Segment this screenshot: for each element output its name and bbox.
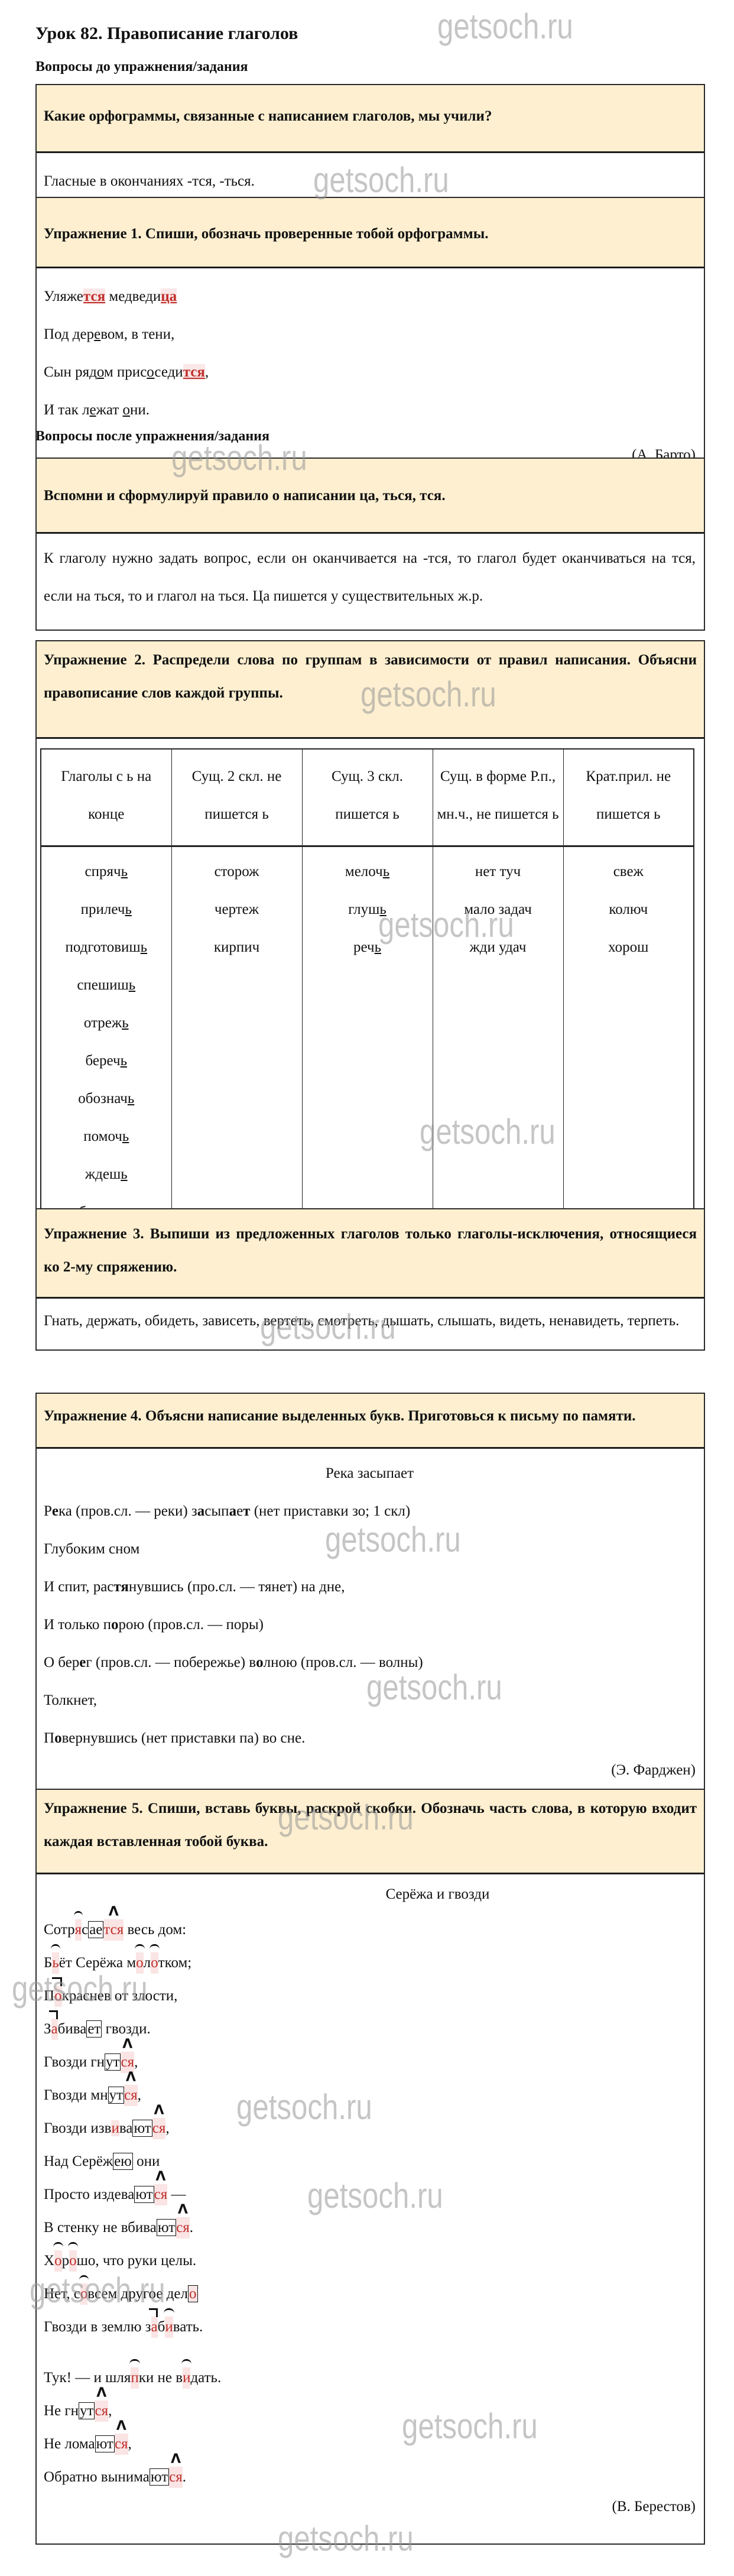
text-segment: , <box>138 2087 141 2103</box>
group-word: глушь <box>305 891 430 929</box>
poem-line: Не ломаются, <box>44 2422 696 2455</box>
text-segment: л <box>144 1955 151 1971</box>
text-segment: О бер <box>44 1654 79 1670</box>
group-word: спешишь <box>44 966 169 1004</box>
marked-letters: ет <box>86 2020 102 2038</box>
marked-letters: п <box>131 2367 138 2389</box>
text-segment: Обратно вынима <box>44 2469 150 2485</box>
group-cell: сторожчертежкирпич <box>171 846 302 1247</box>
group-word: беречь <box>44 1042 169 1080</box>
text-segment: ка (пров.сл. — реки) з <box>59 1503 197 1519</box>
exercise5-stanza-2: Тук! — и шляпки не видать.Не гнутся,Не л… <box>44 2356 696 2488</box>
text-segment: Р <box>44 1503 52 1519</box>
marked-letters: ют <box>95 2435 115 2452</box>
before-answer: Гласные в окончаниях -тся, -ться. <box>44 168 696 194</box>
poem-line: Уляжется медведица <box>44 278 696 316</box>
marked-letters: о <box>54 2250 62 2272</box>
marked-letters: т <box>243 1503 250 1519</box>
poem-line: Просто издеваются — <box>44 2172 696 2205</box>
exercise2-title: Упражнение 2. Распредели слова по группа… <box>37 641 704 739</box>
text-segment: е <box>236 1503 243 1519</box>
column-header: Сущ. 3 скл. пишется ь <box>302 749 433 846</box>
text-segment: ёт Серёжа м <box>59 1955 136 1971</box>
text-segment: П <box>44 1730 54 1746</box>
text-segment: с <box>82 1922 88 1938</box>
text-segment: ва <box>119 2120 133 2136</box>
exercise5-author: (В. Берестов) <box>44 2494 696 2520</box>
group-word: сторож <box>174 853 300 891</box>
marked-letters: ют <box>132 2120 152 2137</box>
marked-letters: о <box>188 2285 198 2302</box>
exercise4-poem: Река (пров.сл. — реки) засыпает (нет при… <box>44 1493 696 1757</box>
text-segment: И только п <box>44 1617 111 1633</box>
poem-line: И только порою (пров.сл. — поры) <box>44 1606 696 1644</box>
text-segment: медведи <box>105 288 161 304</box>
marked-letters: и <box>183 2367 190 2389</box>
poem-line: Под деревом, в тени, <box>44 316 696 353</box>
marked-letters: о <box>69 2250 77 2272</box>
marked-letters: е <box>79 1654 86 1670</box>
poem-line: Толкнет, <box>44 1682 696 1720</box>
marked-letters: я <box>75 1919 82 1941</box>
marked-letters: о <box>151 1952 158 1974</box>
poem-line: Глубоким сном <box>44 1530 696 1568</box>
lesson-title: Урок 82. Правописание глаголов <box>35 24 298 44</box>
text-segment: . <box>190 2220 193 2236</box>
text-segment: всем другое дел <box>87 2286 188 2302</box>
group-word: обозначь <box>44 1080 169 1118</box>
text-segment: дать. <box>190 2370 221 2386</box>
marked-letters: о <box>147 364 154 380</box>
poem-line: В стенку не вбиваются. <box>44 2205 696 2238</box>
exercise3-card: Упражнение 3. Выпиши из предложенных гла… <box>35 1208 705 1351</box>
poem-line: Не гнутся, <box>44 2389 696 2422</box>
text-segment: Нет, с <box>44 2286 80 2302</box>
watermark: getsoch.ru <box>437 6 573 47</box>
marked-letters: ут <box>105 2053 121 2071</box>
column-header: Крат.прил. не пишется ь <box>563 749 694 846</box>
marked-letters: и <box>111 2120 119 2136</box>
marked-letters: о <box>136 1952 144 1974</box>
after-answer: К глаголу нужно задать вопрос, если он о… <box>44 540 696 615</box>
text-segment: м прис <box>104 364 147 380</box>
exercise4-poem-title: Река засыпает <box>44 1455 696 1493</box>
text-segment: весь дом: <box>124 1922 186 1938</box>
text-segment: вом, в тени, <box>100 326 174 342</box>
text-segment: ни. <box>130 402 150 418</box>
poem-line: Нет, совсем другое дело <box>44 2272 696 2305</box>
poem-line: Гвозди извиваются, <box>44 2106 696 2139</box>
poem-line: Сотрясается весь дом: <box>44 1907 696 1941</box>
marked-letters: тя <box>113 1579 128 1595</box>
marked-letters: ся <box>95 2400 108 2422</box>
marked-letters: а <box>197 1503 205 1519</box>
marked-letters: о <box>54 1730 62 1746</box>
before-question-card: Какие орфограммы, связанные с написанием… <box>35 84 705 215</box>
soft-sign-mark: ь <box>379 901 386 917</box>
group-word: помочь <box>44 1118 169 1156</box>
poem-line: Над Серёжею они <box>44 2139 696 2172</box>
soft-sign-mark: ь <box>375 939 381 955</box>
exercise2-card: Упражнение 2. Распредели слова по группа… <box>35 640 705 1258</box>
text-segment: краснев от злости, <box>62 1988 178 2004</box>
group-word: жди удач <box>436 929 561 966</box>
group-word: чертеж <box>174 891 300 929</box>
poem-line: Река (пров.сл. — реки) засыпает (нет при… <box>44 1493 696 1530</box>
text-segment: Гвозди изв <box>44 2120 111 2136</box>
text-segment: Глубоким сном <box>44 1541 139 1557</box>
poem-line: Сын рядом присоседится, <box>44 353 696 391</box>
soft-sign-mark: ь <box>383 864 389 880</box>
marked-letters: а <box>229 1503 237 1519</box>
marked-letters: ся <box>115 2434 128 2455</box>
text-segment: Тук! — и шля <box>44 2370 131 2386</box>
text-segment: вать. <box>173 2319 203 2335</box>
text-segment: . <box>183 2469 186 2485</box>
poem-line: Покраснев от злости, <box>44 1974 696 2007</box>
after-question: Вспомни и сформулируй правило о написани… <box>37 459 704 534</box>
marked-letters: ся <box>152 2118 166 2139</box>
text-segment: Сын ряд <box>44 364 97 380</box>
marked-letters: ут <box>108 2087 124 2104</box>
marked-letters: ся <box>154 2184 168 2205</box>
soft-sign-mark: ь <box>125 901 131 917</box>
marked-letters: тся <box>103 1919 124 1941</box>
text-segment: лною (пров.сл. — волны) <box>264 1654 423 1670</box>
group-word: мелочь <box>305 853 430 891</box>
after-question-card: Вспомни и сформулируй правило о написани… <box>35 458 705 631</box>
text-segment: Сотр <box>44 1922 75 1938</box>
poem-line: Гвозди в землю забивать. <box>44 2305 696 2338</box>
exercise5-poem-title: Серёжа и гвозди <box>44 1881 696 1907</box>
marked-letters: ею <box>113 2153 133 2170</box>
marked-letters: ся <box>176 2217 190 2238</box>
column-header: Сущ. 2 скл. не пишется ь <box>171 749 302 846</box>
poem-line: И спит, растянувшись (про.сл. — тянет) н… <box>44 1568 696 1606</box>
text-segment: Х <box>44 2253 54 2269</box>
before-section-title: Вопросы до упражнения/задания <box>35 59 248 75</box>
group-cell: спрячьприлечьподготовишьспешишьотрежьбер… <box>41 846 171 1247</box>
exercise1-title: Упражнение 1. Спиши, обозначь проверенны… <box>37 198 704 268</box>
text-segment: , <box>165 2120 169 2136</box>
group-word: хорош <box>566 929 691 966</box>
text-segment: П <box>44 1988 54 2004</box>
exercise3-title: Упражнение 3. Выпиши из предложенных гла… <box>37 1209 704 1299</box>
group-word: колюч <box>566 891 691 929</box>
group-word: отрежь <box>44 1004 169 1042</box>
text-segment: З <box>44 2021 51 2037</box>
soft-sign-mark: ь <box>121 1053 127 1069</box>
text-segment: Гвозди мн <box>44 2087 108 2103</box>
poem-line: Хорошо, что руки целы. <box>44 2238 696 2272</box>
text-segment: Гвозди в землю з <box>44 2319 151 2335</box>
text-segment: Под дер <box>44 326 94 342</box>
text-segment: вернувшись (нет приставки па) во сне. <box>62 1730 306 1746</box>
text-segment: нувшись (про.сл. — тянет) на дне, <box>129 1579 345 1595</box>
poem-line: И так лежат они. <box>44 391 696 429</box>
poem-line: Бьёт Серёжа молотком; <box>44 1941 696 1974</box>
group-word: спрячь <box>44 853 169 891</box>
exercise4-author: (Э. Фарджен) <box>44 1757 696 1783</box>
marked-letters: о <box>54 1985 62 2007</box>
text-segment: Б <box>44 1955 52 1971</box>
text-segment: шо, что руки целы. <box>77 2253 197 2269</box>
column-header: Глаголы с ь на конце <box>41 749 171 846</box>
text-segment: сып <box>204 1503 229 1519</box>
marked-letters: ют <box>157 2219 176 2236</box>
before-question: Какие орфограммы, связанные с написанием… <box>37 85 704 153</box>
marked-letters: ут <box>79 2402 95 2419</box>
group-word: свеж <box>566 853 691 891</box>
group-word: прилечь <box>44 891 169 929</box>
marked-letters: ае <box>88 1921 103 1938</box>
text-segment: Над Серёж <box>44 2153 113 2169</box>
exercise4-title: Упражнение 4. Объясни написание выделенн… <box>37 1394 704 1449</box>
soft-sign-mark: ь <box>141 939 147 955</box>
marked-letters: и <box>165 2317 173 2338</box>
marked-letters: о <box>97 364 104 380</box>
marked-letters: ца <box>161 288 177 304</box>
marked-letters: о <box>123 402 131 418</box>
group-cell: мелочьглушьречь <box>302 846 433 1247</box>
exercise1-poem: Уляжется медведицаПод деревом, в тени,Сы… <box>44 278 696 429</box>
text-segment: , <box>128 2436 132 2452</box>
text-segment: Просто издева <box>44 2186 134 2202</box>
group-cell: нет тучмало задачжди удач <box>433 846 563 1247</box>
exercise5-title: Упражнение 5. Спиши, вставь буквы, раскр… <box>37 1790 704 1874</box>
marked-letters: а <box>151 2317 158 2338</box>
text-segment: Не гн <box>44 2403 79 2419</box>
poem-line: Забивает гвозди. <box>44 2007 696 2040</box>
group-word: речь <box>305 929 430 966</box>
marked-letters: ют <box>134 2186 154 2203</box>
soft-sign-mark: ь <box>129 977 135 993</box>
soft-sign-mark: ь <box>128 1091 134 1107</box>
marked-letters: о <box>80 2283 88 2305</box>
marked-letters: е <box>90 402 96 418</box>
marked-letters: тся <box>83 288 105 304</box>
marked-letters: е <box>52 1503 59 1519</box>
text-segment: И так л <box>44 402 90 418</box>
soft-sign-mark: ь <box>122 1128 129 1144</box>
marked-letters: ют <box>150 2468 169 2486</box>
text-segment: ки не в <box>139 2370 183 2386</box>
poem-line: Повернувшись (нет приставки па) во сне. <box>44 1720 696 1757</box>
exercise4-card: Упражнение 4. Объясни написание выделенн… <box>35 1393 705 1800</box>
exercise5-stanza-1: Сотрясается весь дом:Бьёт Серёжа молотко… <box>44 1907 696 2338</box>
marked-letters: ся <box>124 2085 138 2106</box>
marked-letters: а <box>51 2019 58 2040</box>
group-cell: свежколючхорош <box>563 846 694 1247</box>
poem-line: Гвозди гнутся, <box>44 2040 696 2073</box>
column-header: Сущ. в форме Р.п., мн.ч., не пишется ь <box>433 749 563 846</box>
text-segment: В стенку не вбива <box>44 2220 157 2236</box>
text-segment: , <box>108 2403 112 2419</box>
soft-sign-mark: ь <box>122 1015 128 1031</box>
group-word: нет туч <box>436 853 561 891</box>
poem-line: Тук! — и шляпки не видать. <box>44 2356 696 2389</box>
text-segment: бива <box>58 2021 87 2037</box>
after-section-title: Вопросы после упражнения/задания <box>35 429 269 445</box>
text-segment: Не лома <box>44 2436 95 2452</box>
marked-letters: о <box>256 1654 264 1670</box>
text-segment: рою (пров.сл. — поры) <box>118 1617 264 1633</box>
text-segment: Уляже <box>44 288 83 304</box>
text-segment: г (пров.сл. — побережье) в <box>86 1654 256 1670</box>
text-segment: , <box>205 364 209 380</box>
poem-line: О берег (пров.сл. — побережье) волною (п… <box>44 1644 696 1682</box>
marked-letters: о <box>111 1617 119 1633</box>
text-segment: б <box>158 2319 165 2335</box>
marked-letters: ь <box>52 1952 59 1974</box>
text-segment: Толкнет, <box>44 1692 97 1708</box>
marked-letters: е <box>94 326 100 342</box>
marked-letters: ся <box>169 2467 183 2488</box>
soft-sign-mark: ь <box>121 1166 127 1182</box>
group-word: ждешь <box>44 1156 169 1193</box>
word-groups-table: Глаголы с ь на концеСущ. 2 скл. не пишет… <box>40 748 694 1247</box>
text-segment: седи <box>154 364 183 380</box>
group-word: кирпич <box>174 929 300 966</box>
marked-letters: тся <box>183 364 205 380</box>
soft-sign-mark: ь <box>121 864 128 880</box>
exercise3-answer: Гнать, держать, обидеть, зависеть, верте… <box>44 1302 696 1340</box>
group-word: подготовишь <box>44 929 169 966</box>
text-segment: И спит, рас <box>44 1579 113 1595</box>
poem-line: Обратно вынимаются. <box>44 2455 696 2488</box>
text-segment: тком; <box>158 1955 192 1971</box>
text-segment: р <box>62 2253 70 2269</box>
exercise5-card: Упражнение 5. Спиши, вставь буквы, раскр… <box>35 1789 705 2545</box>
text-segment: жат <box>96 402 123 418</box>
text-segment: (нет приставки зо; 1 скл) <box>250 1503 410 1519</box>
poem-line: Гвозди мнутся, <box>44 2073 696 2106</box>
group-word: мало задач <box>436 891 561 929</box>
text-segment: Гвозди гн <box>44 2054 105 2070</box>
